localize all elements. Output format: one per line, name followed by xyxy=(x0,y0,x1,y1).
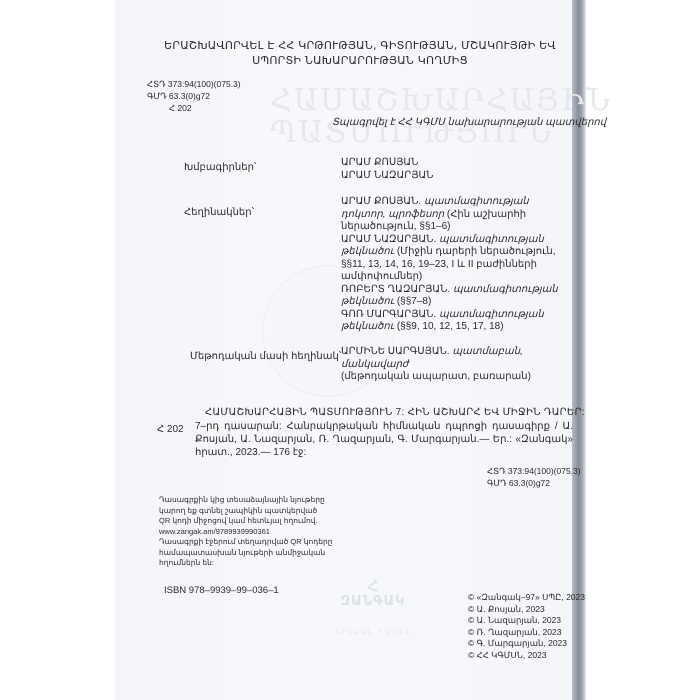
qr-note-line: հղումներն են: xyxy=(159,558,334,569)
classification-bottom: ՀՏԴ 373:94(100)(075.3) ԳՄԴ 63.3(0)g72 xyxy=(487,465,581,489)
qr-note-line: համապատասխան նյութերի անմիջական xyxy=(159,548,334,559)
editor-name: ԱՐԱՄ ՔՈՍՅԱՆ xyxy=(341,157,433,170)
lbc-code: ԳՄԴ 63.3(0)g72 xyxy=(487,477,581,489)
author-mark: Հ 202 xyxy=(147,102,241,114)
methodology-label: Մեթոդական մասի հեղինակ՝ xyxy=(190,351,341,362)
author-name: ԳՈՌ ՄԱՐԳԱՐՅԱՆ. xyxy=(341,309,436,320)
authors-label: Հեղինակներ՝ xyxy=(184,207,254,218)
bibliographic-description: 7–րդ դասարան: Հանրակրթական հիմնական դպրո… xyxy=(195,420,573,459)
printed-by-order-note: Տպագրվել է ՀՀ ԿԳՄՍ նախարարության պատվերո… xyxy=(332,117,606,128)
methodology-name: ԱՐՄԻՆԵ ՍԱՐԳՍՅԱՆ. xyxy=(341,346,450,357)
ministry-approval-header: ԵՐԱՇԽԱՎՈՐՎԵԼ Է ՀՀ ԿՐԹՈՒԹՅԱՆ, ԳԻՏՈՒԹՅԱՆ, … xyxy=(150,38,570,68)
qr-note-line: Դասագրքին կից տեսաձայնային նյութերը xyxy=(159,495,334,506)
authors-list: ԱՐԱՄ ՔՈՍՅԱՆ. պատմագիտության դոկտոր, պրոֆ… xyxy=(341,196,576,334)
qr-note-line: Դասագրքի էջերում տեղադրված QR կոդերը xyxy=(159,537,334,548)
udc-code: ՀՏԴ 373:94(100)(075.3) xyxy=(487,465,581,477)
qr-materials-note: Դասագրքին կից տեսաձայնային նյութերը կարո… xyxy=(159,495,334,569)
publisher-logo: Հ ԶԱՆԳԱԿ ԵՐԵՎԱՆ • 2023 xyxy=(333,578,413,636)
author-name: ՌՈԲԵՐՏ ՂԱԶԱՐՅԱՆ. xyxy=(341,284,450,295)
copyright-line: © Ա. Քոսյան, 2023 xyxy=(468,604,585,616)
copyright-line: © «Զանգակ–97» ՍՊԸ, 2023 xyxy=(468,592,585,604)
copyright-list: © «Զանգակ–97» ՍՊԸ, 2023 © Ա. Քոսյան, 202… xyxy=(468,592,585,661)
author-scope: (§§9, 10, 12, 15, 17, 18) xyxy=(397,321,504,332)
publisher-tagline xyxy=(333,609,413,615)
isbn: ISBN 978–9939–99–036–1 xyxy=(164,585,279,596)
qr-note-url[interactable]: www.zangak.am/9789939990361 xyxy=(159,527,334,538)
classification-top: ՀՏԴ 373:94(100)(075.3) ԳՄԴ 63.3(0)g72 Հ … xyxy=(147,78,241,114)
qr-note-line: կարող եք գտնել շապիկին պատկերված xyxy=(159,506,334,517)
copyright-line: © Ա. Նազարյան, 2023 xyxy=(468,615,585,627)
publisher-name: ԶԱՆԳԱԿ xyxy=(333,594,413,609)
author-name: ԱՐԱՄ ՔՈՍՅԱՆ. xyxy=(341,196,421,207)
lbc-code: ԳՄԴ 63.3(0)g72 xyxy=(147,90,241,102)
editors-label: Խմբագիրներ՝ xyxy=(184,162,256,173)
udc-code: ՀՏԴ 373:94(100)(075.3) xyxy=(147,78,241,90)
copyright-line: © Ռ. Ղազարյան, 2023 xyxy=(468,627,585,639)
author-entry: ՌՈԲԵՐՏ ՂԱԶԱՐՅԱՆ. պատմագիտության թեկնածու… xyxy=(341,284,576,309)
copyright-line: © ՀՀ ԿԳՄՍՆ, 2023 xyxy=(468,650,585,662)
bell-logo-icon: Հ xyxy=(333,578,413,594)
author-entry: ԱՐԱՄ ՆԱԶԱՐՅԱՆ. պատմագիտության թեկնածու (… xyxy=(341,234,576,284)
bibliographic-title: ՀԱՄԱՇԽԱՐՀԱՅԻՆ ՊԱՏՄՈՒԹՅՈՒՆ 7: ՀԻՆ ԱՇԽԱՐՀ … xyxy=(205,407,585,418)
methodology-scope: (մեթոդական ապարատ, բառարան) xyxy=(341,371,576,384)
author-entry: ԳՈՌ ՄԱՐԳԱՐՅԱՆ. պատմագիտության թեկնածու (… xyxy=(341,309,576,334)
author-scope: (§§7–8) xyxy=(397,296,431,307)
author-name: ԱՐԱՄ ՆԱԶԱՐՅԱՆ. xyxy=(341,234,436,245)
editors-list: ԱՐԱՄ ՔՈՍՅԱՆ ԱՐԱՄ ՆԱԶԱՐՅԱՆ xyxy=(341,157,433,182)
methodology-author: ԱՐՄԻՆԵ ՍԱՐԳՍՅԱՆ. պատմաբան, մանկավարժ (մե… xyxy=(341,346,576,384)
qr-note-line: QR կոդի միջոցով կամ հետևյալ հղումով. xyxy=(159,516,334,527)
copyright-line: © Գ. Մարգարյան, 2023 xyxy=(468,638,585,650)
editor-name: ԱՐԱՄ ՆԱԶԱՐՅԱՆ xyxy=(341,170,433,183)
author-entry: ԱՐԱՄ ՔՈՍՅԱՆ. պատմագիտության դոկտոր, պրոֆ… xyxy=(341,196,576,234)
bibliographic-code: Հ 202 xyxy=(157,424,184,435)
publisher-city-year: ԵՐԵՎԱՆ • 2023 xyxy=(333,629,413,636)
ghost-line-1: ՀԱՄԱՇԽԱՐՀԱՅԻՆ xyxy=(270,85,612,117)
